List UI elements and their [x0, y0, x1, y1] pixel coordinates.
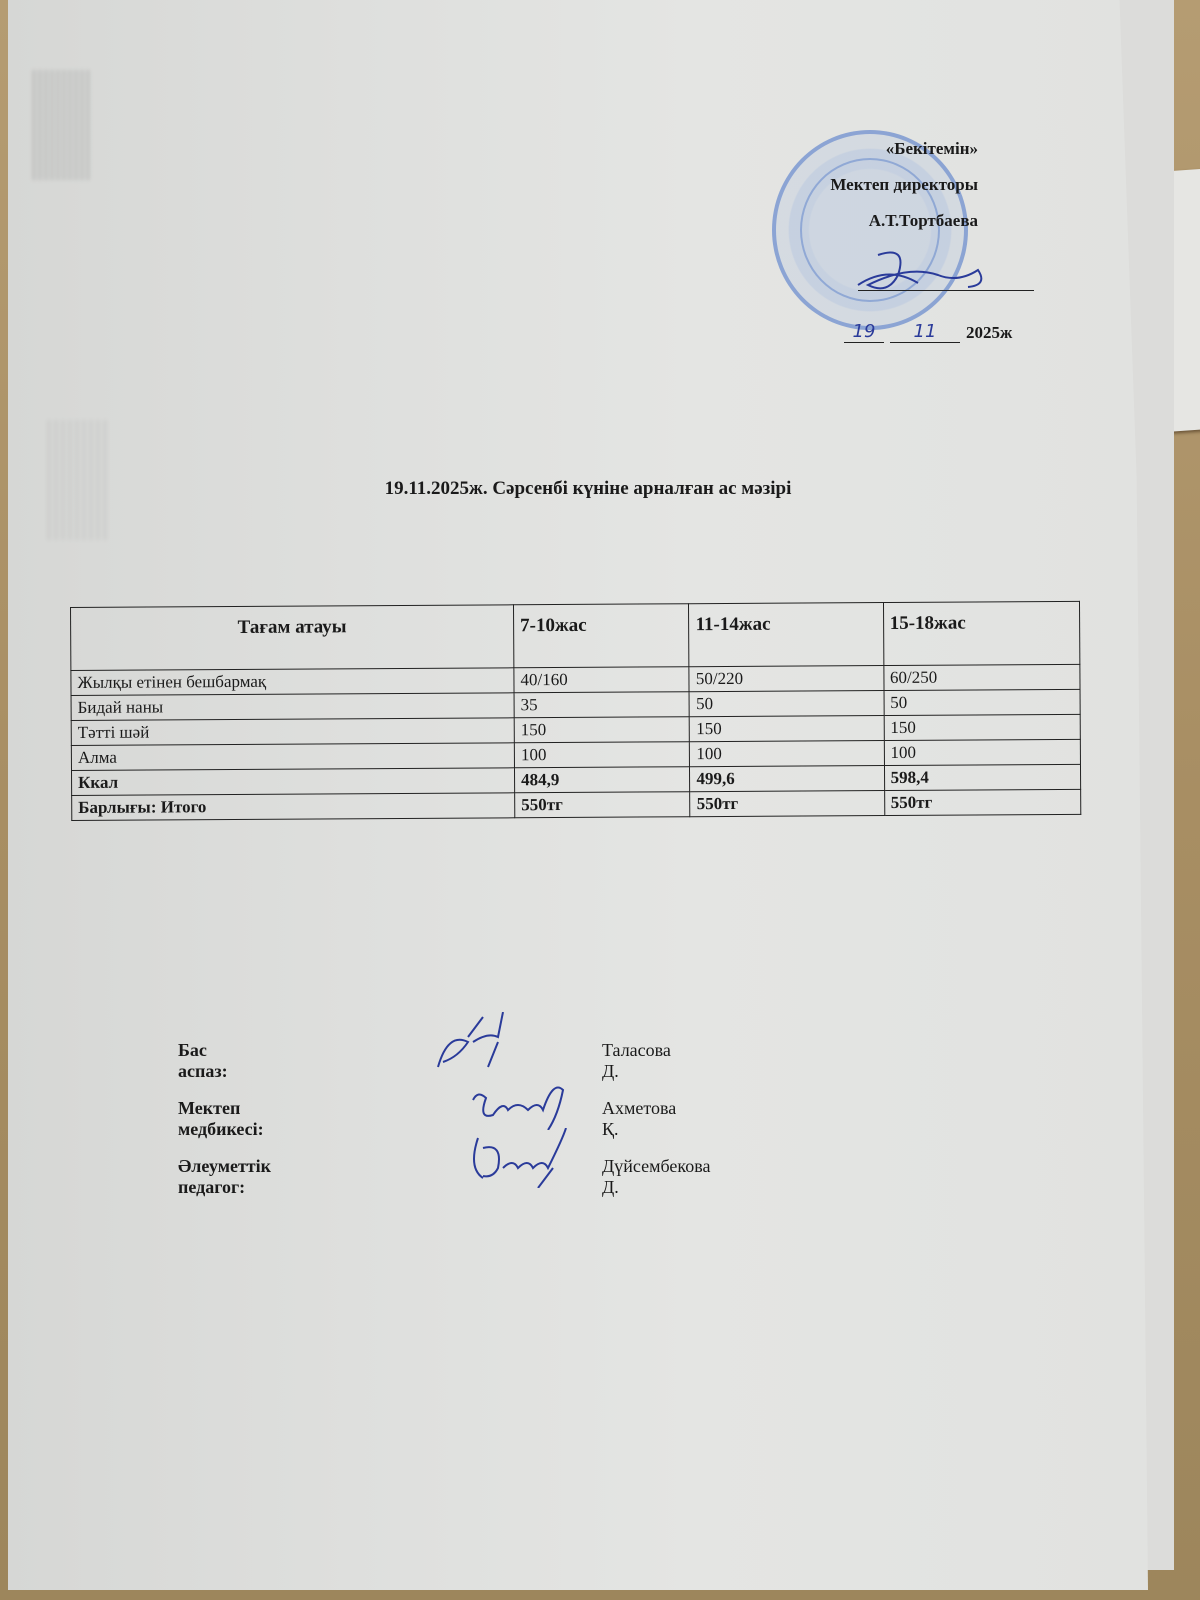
approval-name: А.Т.Тортбаева	[830, 212, 978, 229]
dish-name-cell: Жылқы етінен бешбармақ	[71, 668, 514, 696]
date-month: 11	[890, 321, 960, 343]
signature-line	[858, 290, 1034, 291]
portion-cell: 100	[690, 741, 884, 767]
portion-cell: 100	[884, 739, 1081, 765]
portion-cell: 150	[884, 714, 1081, 740]
portion-cell: 50/220	[689, 666, 883, 692]
document-page: «Бекітемін» Мектеп директоры А.Т.Тортбае…	[8, 0, 1148, 1590]
portion-cell: 484,9	[514, 767, 690, 793]
portion-cell: 499,6	[690, 766, 884, 792]
dish-name-cell: Ккал	[71, 768, 514, 796]
portion-cell: 598,4	[884, 764, 1081, 790]
portion-cell: 60/250	[883, 664, 1080, 690]
signer-name: Дүйсембекова Д.	[602, 1156, 711, 1198]
portion-cell: 40/160	[514, 667, 690, 693]
dish-name-cell: Алма	[71, 743, 514, 771]
portion-cell: 550тг	[515, 792, 691, 818]
director-signature-icon	[848, 245, 1008, 300]
portion-cell: 35	[514, 692, 690, 718]
signer-name: Таласова Д.	[602, 1040, 671, 1082]
approval-block: «Бекітемін» Мектеп директоры А.Т.Тортбае…	[830, 140, 978, 248]
header-dish-name: Тағам атауы	[71, 605, 514, 671]
header-age-7-10: 7-10жас	[513, 604, 689, 668]
header-age-15-18: 15-18жас	[883, 601, 1080, 665]
table-row: Барлығы: Итого550тг550тг550тг	[72, 789, 1081, 820]
signature-icon	[468, 1128, 588, 1188]
portion-cell: 150	[690, 716, 884, 742]
portion-cell: 50	[689, 691, 883, 717]
signature-icon	[468, 1070, 588, 1130]
signer-role: Бас аспаз:	[178, 1040, 228, 1082]
signer-name: Ахметова Қ.	[602, 1098, 676, 1140]
signer-role: Әлеуметтік педагог:	[178, 1156, 271, 1198]
header-age-11-14: 11-14жас	[689, 603, 883, 667]
dish-name-cell: Бидай наны	[71, 693, 514, 721]
dish-name-cell: Тәтті шәй	[71, 718, 514, 746]
signature-icon	[428, 1012, 548, 1072]
page-title: 19.11.2025ж. Сәрсенбі күніне арналған ас…	[8, 478, 1168, 500]
table-header-row: Тағам атауы 7-10жас 11-14жас 15-18жас	[71, 601, 1080, 670]
signer-role: Мектеп медбикесі:	[178, 1098, 264, 1140]
portion-cell: 150	[514, 717, 690, 743]
date-year: 2025ж	[966, 323, 1012, 343]
portion-cell: 100	[514, 742, 690, 768]
approval-date: 19 11 2025ж	[844, 321, 1012, 343]
date-day: 19	[844, 321, 884, 343]
portion-cell: 50	[884, 689, 1081, 715]
approval-position: Мектеп директоры	[830, 176, 978, 193]
portion-cell: 550тг	[884, 789, 1081, 815]
dish-name-cell: Барлығы: Итого	[72, 793, 515, 821]
print-smudge	[33, 70, 93, 180]
menu-table: Тағам атауы 7-10жас 11-14жас 15-18жас Жы…	[70, 601, 1081, 821]
portion-cell: 550тг	[690, 791, 884, 817]
approval-heading: «Бекітемін»	[830, 140, 978, 157]
